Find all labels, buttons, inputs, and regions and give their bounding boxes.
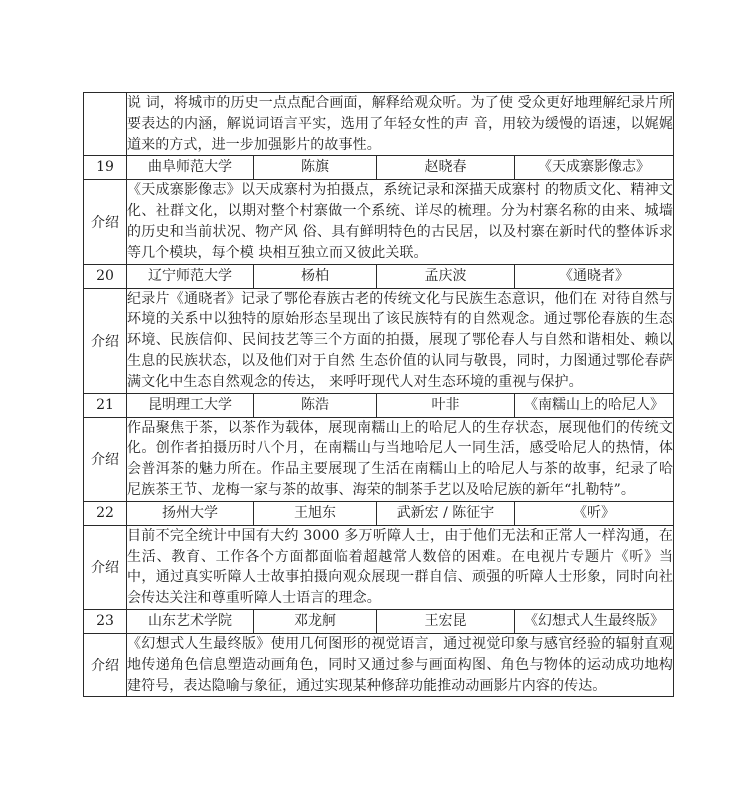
entry-school: 山东艺术学院 <box>127 609 254 633</box>
entry-school: 曲阜师范大学 <box>127 156 254 180</box>
entry-advisor: 武新宏 / 陈征宇 <box>377 501 515 525</box>
entry-description: 纪录片《通晓者》记录了鄂伦春族古老的传统文化与民族生态意识，他们在 对待自然与环… <box>127 288 674 393</box>
description-label: 介绍 <box>84 417 127 501</box>
entry-description: 作品聚焦于茶，以茶作为载体，展现南糯山上的哈尼人的生存状态，展现他们的传统文化。… <box>127 417 674 501</box>
entry-number: 21 <box>84 393 127 417</box>
entry-author: 杨柏 <box>254 264 377 288</box>
entry-description: 目前不完全统计中国有大约 3000 多万听障人士，由于他们无法和正常人一样沟通，… <box>127 525 674 609</box>
entry-school: 辽宁师范大学 <box>127 264 254 288</box>
entry-advisor: 孟庆波 <box>377 264 515 288</box>
description-label: 介绍 <box>84 180 127 264</box>
entry-description: 《幻想式人生最终版》使用几何图形的视觉语言，通过视觉印象与感官经验的辐射直观地传… <box>127 633 674 696</box>
entry-number: 19 <box>84 156 127 180</box>
continuation-label-cell <box>84 93 127 156</box>
entry-title: 《听》 <box>515 501 674 525</box>
entry-school: 昆明理工大学 <box>127 393 254 417</box>
entry-author: 王旭东 <box>254 501 377 525</box>
entry-advisor: 赵晓春 <box>377 156 515 180</box>
entries-table: 说 词，将城市的历史一点点配合画面，解释给观众听。为了使 受众更好地理解纪录片所… <box>83 92 674 697</box>
entry-author: 邓龙舸 <box>254 609 377 633</box>
entry-author: 陈旗 <box>254 156 377 180</box>
description-label: 介绍 <box>84 525 127 609</box>
description-label: 介绍 <box>84 288 127 393</box>
entry-header-row: 20 辽宁师范大学 杨柏 孟庆波 《通晓者》 <box>84 264 674 288</box>
entry-advisor: 王宏昆 <box>377 609 515 633</box>
entry-header-row: 21 昆明理工大学 陈浩 叶非 《南糯山上的哈尼人》 <box>84 393 674 417</box>
entry-number: 20 <box>84 264 127 288</box>
entry-advisor: 叶非 <box>377 393 515 417</box>
entry-author: 陈浩 <box>254 393 377 417</box>
description-label: 介绍 <box>84 633 127 696</box>
entry-number: 23 <box>84 609 127 633</box>
entry-school: 扬州大学 <box>127 501 254 525</box>
entry-header-row: 19 曲阜师范大学 陈旗 赵晓春 《天成寨影像志》 <box>84 156 674 180</box>
entry-description: 《天成寨影像志》以天成寨村为拍摄点，系统记录和深描天成寨村 的物质文化、精神文化… <box>127 180 674 264</box>
entry-description-row: 介绍 作品聚焦于茶，以茶作为载体，展现南糯山上的哈尼人的生存状态，展现他们的传统… <box>84 417 674 501</box>
continuation-description: 说 词，将城市的历史一点点配合画面，解释给观众听。为了使 受众更好地理解纪录片所… <box>127 93 674 156</box>
entry-header-row: 22 扬州大学 王旭东 武新宏 / 陈征宇 《听》 <box>84 501 674 525</box>
entry-description-row: 介绍 纪录片《通晓者》记录了鄂伦春族古老的传统文化与民族生态意识，他们在 对待自… <box>84 288 674 393</box>
entry-description-row: 介绍 《幻想式人生最终版》使用几何图形的视觉语言，通过视觉印象与感官经验的辐射直… <box>84 633 674 696</box>
entry-header-row: 23 山东艺术学院 邓龙舸 王宏昆 《幻想式人生最终版》 <box>84 609 674 633</box>
entry-title: 《通晓者》 <box>515 264 674 288</box>
entry-description-row: 介绍 目前不完全统计中国有大约 3000 多万听障人士，由于他们无法和正常人一样… <box>84 525 674 609</box>
entry-title: 《幻想式人生最终版》 <box>515 609 674 633</box>
entry-title: 《天成寨影像志》 <box>515 156 674 180</box>
continuation-row: 说 词，将城市的历史一点点配合画面，解释给观众听。为了使 受众更好地理解纪录片所… <box>84 93 674 156</box>
entry-number: 22 <box>84 501 127 525</box>
entry-description-row: 介绍 《天成寨影像志》以天成寨村为拍摄点，系统记录和深描天成寨村 的物质文化、精… <box>84 180 674 264</box>
entry-title: 《南糯山上的哈尼人》 <box>515 393 674 417</box>
